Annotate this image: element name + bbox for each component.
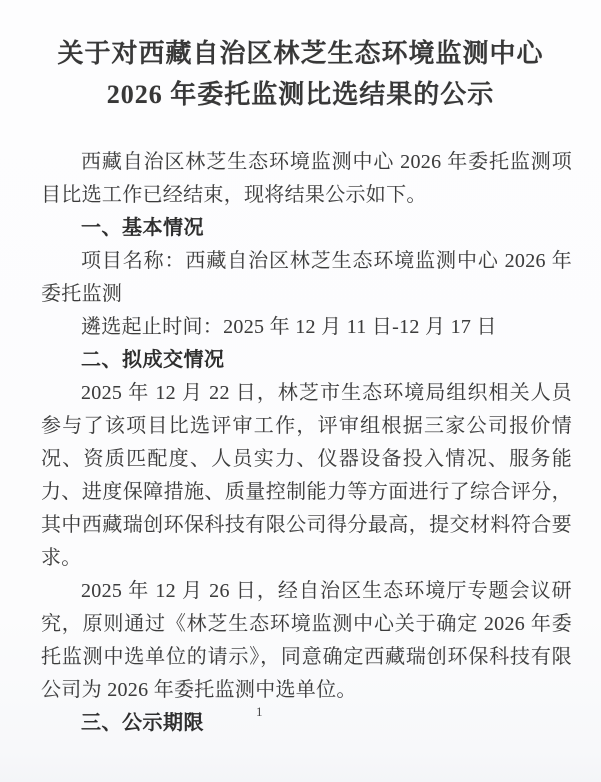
heading-section-2: 二、拟成交情况: [41, 344, 572, 377]
paragraph-approval-decision: 2025 年 12 月 26 日，经自治区生态环境厅专题会议研究，原则通过《林芝…: [41, 575, 572, 707]
document-body: 西藏自治区林芝生态环境监测中心 2026 年委托监测项目比选工作已经结束，现将结…: [41, 146, 572, 740]
paragraph-review-process: 2025 年 12 月 22 日，林芝市生态环境局组织相关人员参与了该项目比选评…: [41, 377, 572, 575]
document-title-line-1: 关于对西藏自治区林芝生态环境监测中心: [0, 33, 601, 74]
document-title: 关于对西藏自治区林芝生态环境监测中心 2026 年委托监测比选结果的公示: [0, 0, 601, 115]
heading-section-3: 三、公示期限: [41, 707, 572, 740]
paragraph-project-name: 项目名称：西藏自治区林芝生态环境监测中心 2026 年委托监测: [41, 245, 572, 311]
paragraph-intro: 西藏自治区林芝生态环境监测中心 2026 年委托监测项目比选工作已经结束，现将结…: [41, 146, 572, 212]
paragraph-selection-period: 遴选起止时间：2025 年 12 月 11 日-12 月 17 日: [41, 311, 572, 344]
document-title-line-2: 2026 年委托监测比选结果的公示: [0, 74, 601, 115]
scanned-document-page: 关于对西藏自治区林芝生态环境监测中心 2026 年委托监测比选结果的公示 西藏自…: [0, 0, 601, 782]
heading-section-1: 一、基本情况: [41, 212, 572, 245]
page-number: 1: [256, 703, 263, 721]
